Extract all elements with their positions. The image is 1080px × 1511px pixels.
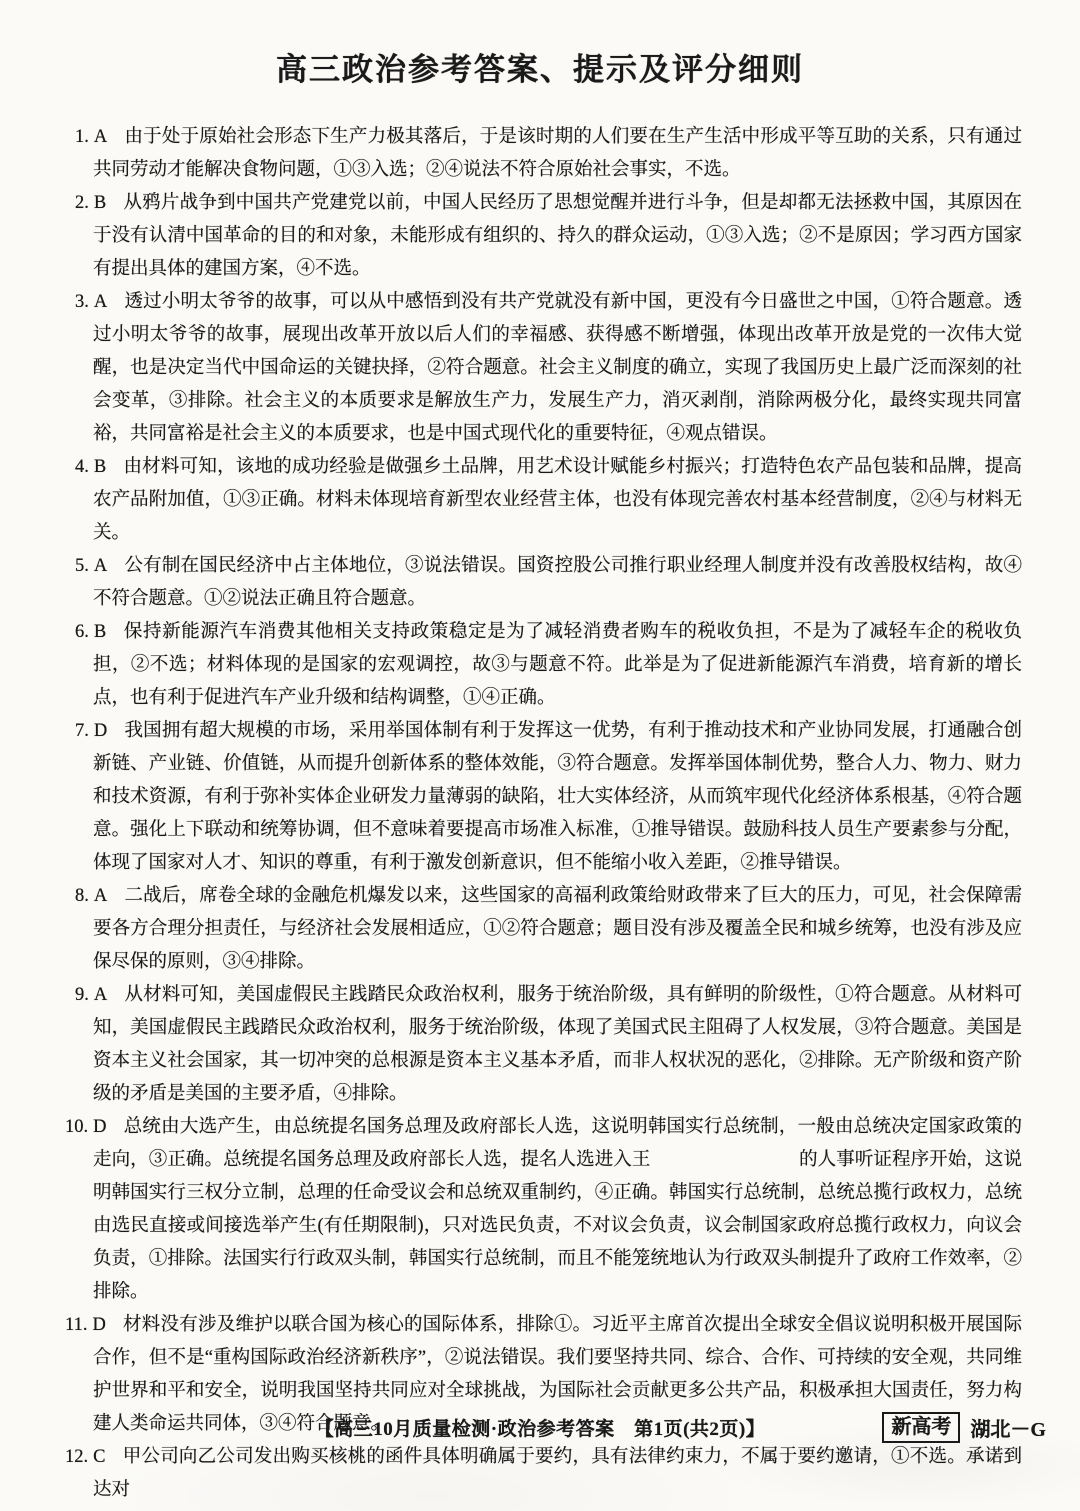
answer-item-8: 8.A二战后，席卷全球的金融危机爆发以来，这些国家的高福利政策给财政带来了巨大的… — [65, 880, 1022, 979]
region-code: 湖北－G — [970, 1413, 1046, 1442]
answer-list: 1.A由于处于原始社会形态下生产力极其落后，于是该时期的人们要在生产生活中形成平… — [65, 121, 1022, 1507]
answer-item-4: 4.B由材料可知，该地的成功经验是做强乡土品牌，用艺术设计赋能乡村振兴；打造特色… — [65, 451, 1022, 550]
item-answer-letter: D — [94, 721, 107, 741]
item-number: 10. — [65, 1117, 88, 1137]
footer-edition-group: 新高考 湖北－G — [882, 1412, 1046, 1443]
item-explanation: 公有制在国民经济中占主体地位，③说法错误。国资控股公司推行职业经理人制度并没有改… — [93, 556, 1022, 609]
answer-item-9: 9.A从材料可知，美国虚假民主践踏民众政治权利，服务于统治阶级，具有鲜明的阶级性… — [65, 979, 1022, 1111]
item-explanation: 从鸦片战争到中国共产党建党以前，中国人民经历了思想觉醒并进行斗争，但是却都无法拯… — [93, 193, 1022, 279]
item-explanation: 透过小明太爷爷的故事，可以从中感悟到没有共产党就没有新中国，更没有今日盛世之中国… — [93, 292, 1022, 444]
item-number: 2. — [75, 193, 89, 213]
item-number: 9. — [75, 985, 89, 1005]
item-answer-letter: A — [94, 127, 107, 147]
item-explanation: 我国拥有超大规模的市场，采用举国体制有利于发挥这一优势，有利于推动技术和产业协同… — [93, 721, 1022, 873]
item-explanation: 从材料可知，美国虚假民主践踏民众政治权利，服务于统治阶级，具有鲜明的阶级性，①符… — [93, 985, 1022, 1104]
item-number: 4. — [75, 457, 89, 477]
item-number: 7. — [75, 721, 89, 741]
item-explanation: 总统由大选产生，由总统提名国务总理及政府部长人选，这说明韩国实行总统制，一般由总… — [93, 1117, 1022, 1302]
scanned-answer-sheet-page: 高三政治参考答案、提示及评分细则 1.A由于处于原始社会形态下生产力极其落后，于… — [0, 0, 1080, 1511]
answer-item-7: 7.D我国拥有超大规模的市场，采用举国体制有利于发挥这一优势，有利于推动技术和产… — [65, 715, 1022, 880]
answer-item-1: 1.A由于处于原始社会形态下生产力极其落后，于是该时期的人们要在生产生活中形成平… — [65, 121, 1022, 187]
item-number: 11. — [65, 1315, 87, 1335]
exam-type-badge: 新高考 — [882, 1412, 960, 1443]
item-number: 5. — [75, 556, 89, 576]
item-number: 3. — [75, 292, 89, 312]
item-explanation: 保持新能源汽车消费其他相关支持政策稳定是为了减轻消费者购车的税收负担，不是为了减… — [93, 622, 1022, 708]
answer-item-5: 5.A公有制在国民经济中占主体地位，③说法错误。国资控股公司推行职业经理人制度并… — [65, 550, 1022, 616]
item-answer-letter: D — [92, 1315, 105, 1335]
item-explanation: 由于处于原始社会形态下生产力极其落后，于是该时期的人们要在生产生活中形成平等互助… — [93, 127, 1022, 180]
item-answer-letter: A — [94, 556, 107, 576]
page-title: 高三政治参考答案、提示及评分细则 — [0, 0, 1080, 89]
answer-item-2: 2.B从鸦片战争到中国共产党建党以前，中国人民经历了思想觉醒并进行斗争，但是却都… — [65, 187, 1022, 286]
item-answer-letter: D — [93, 1117, 106, 1137]
item-answer-letter: A — [94, 886, 107, 906]
item-explanation: 二战后，席卷全球的金融危机爆发以来，这些国家的高福利政策给财政带来了巨大的压力，… — [93, 886, 1022, 972]
answer-item-3: 3.A透过小明太爷爷的故事，可以从中感悟到没有共产党就没有新中国，更没有今日盛世… — [65, 286, 1022, 451]
item-number: 6. — [75, 622, 89, 642]
answer-item-10: 10.D总统由大选产生，由总统提名国务总理及政府部长人选，这说明韩国实行总统制，… — [65, 1111, 1022, 1309]
item-answer-letter: B — [94, 193, 106, 213]
item-number: 1. — [75, 127, 89, 147]
item-explanation: 甲公司向乙公司发出购买核桃的函件具体明确属于要约，具有法律约束力，不属于要约邀请… — [93, 1447, 1022, 1500]
item-answer-letter: B — [94, 622, 106, 642]
item-answer-letter: A — [94, 292, 107, 312]
page-footer: 【高三10月质量检测·政治参考答案 第1页(共2页)】 新高考 湖北－G — [0, 1410, 1080, 1454]
item-answer-letter: A — [94, 985, 107, 1005]
item-answer-letter: B — [94, 457, 106, 477]
item-explanation: 由材料可知，该地的成功经验是做强乡土品牌，用艺术设计赋能乡村振兴；打造特色农产品… — [93, 457, 1022, 543]
item-number: 8. — [75, 886, 89, 906]
answer-item-6: 6.B保持新能源汽车消费其他相关支持政策稳定是为了减轻消费者购车的税收负担，不是… — [65, 616, 1022, 715]
